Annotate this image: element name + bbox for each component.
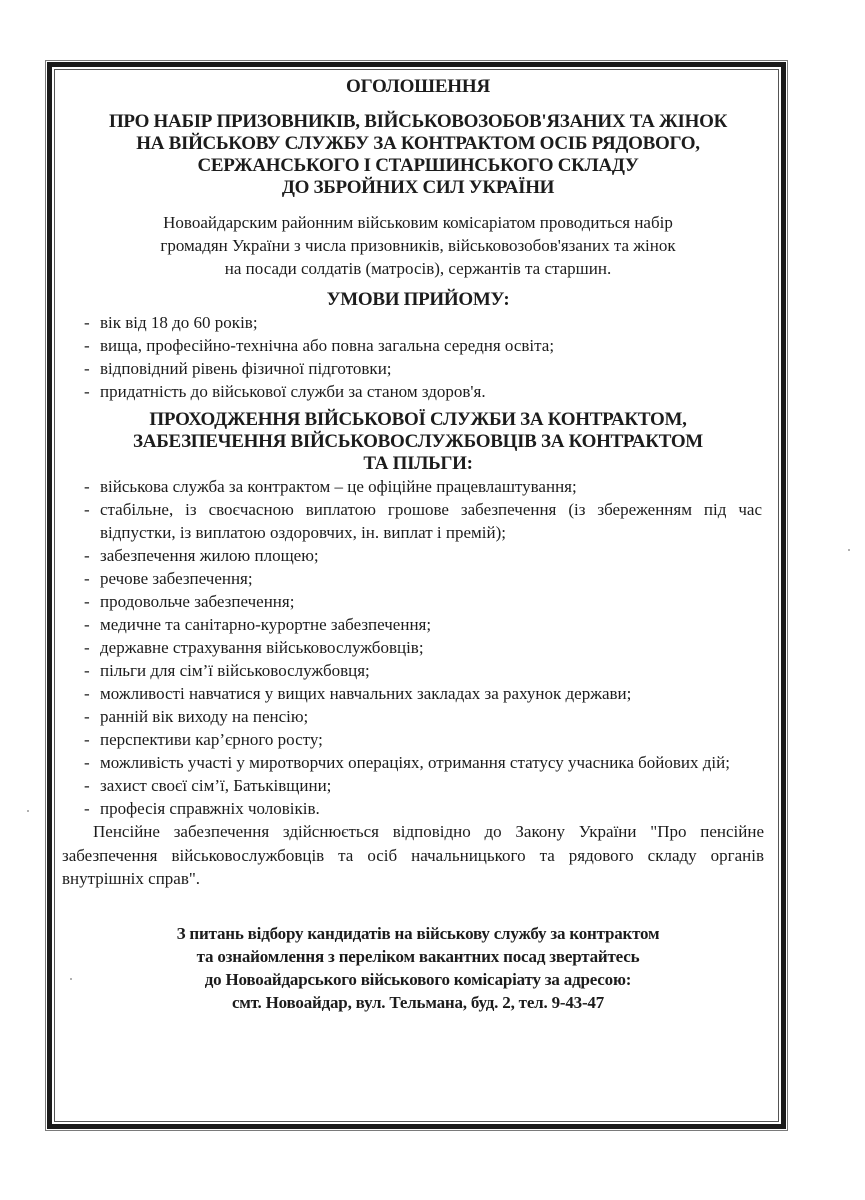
list-item-text: медичне та санітарно-курортне забезпечен… — [100, 615, 431, 634]
contact-line: З питань відбору кандидатів на військову… — [58, 922, 778, 945]
scan-speck — [27, 810, 29, 812]
list-item-text: захист своєї сім’ї, Батьківщини; — [100, 776, 331, 795]
contact-line: та ознайомлення з переліком вакантних по… — [58, 945, 778, 968]
list-marker: - — [84, 567, 90, 590]
document-subtitle: ПРО НАБІР ПРИЗОВНИКІВ, ВІЙСЬКОВОЗОБОВ'ЯЗ… — [58, 111, 778, 199]
benefit-item: -військова служба за контрактом – це офі… — [58, 475, 770, 498]
benefit-item: -можливості навчатися у вищих навчальних… — [58, 682, 770, 705]
condition-item: -вища, професійно-технічна або повна заг… — [58, 334, 778, 357]
benefit-item: -можливість участі у миротворчих операці… — [58, 751, 770, 774]
condition-item: -придатність до військової служби за ста… — [58, 380, 778, 403]
subtitle-line: СЕРЖАНСЬКОГО І СТАРШИНСЬКОГО СКЛАДУ — [58, 155, 778, 177]
list-marker: - — [84, 475, 90, 498]
intro-paragraph: Новоайдарским районним військовим коміса… — [58, 211, 778, 280]
list-marker: - — [84, 311, 90, 334]
benefit-item: -забезпечення жилою площею; — [58, 544, 770, 567]
list-item-text: вік від 18 до 60 років; — [100, 313, 258, 332]
benefit-item: -медичне та санітарно-курортне забезпече… — [58, 613, 770, 636]
benefit-item: -ранній вік виходу на пенсію; — [58, 705, 770, 728]
list-item-text: продовольче забезпечення; — [100, 592, 294, 611]
benefit-item: -державне страхування військовослужбовці… — [58, 636, 770, 659]
subtitle-line: ПРО НАБІР ПРИЗОВНИКІВ, ВІЙСЬКОВОЗОБОВ'ЯЗ… — [58, 111, 778, 133]
benefit-item: -речове забезпечення; — [58, 567, 770, 590]
list-marker: - — [84, 544, 90, 567]
benefit-item: -пільги для сім’ї військовослужбовця; — [58, 659, 770, 682]
list-item-text: можливості навчатися у вищих навчальних … — [100, 684, 631, 703]
list-marker: - — [84, 636, 90, 659]
condition-item: -вік від 18 до 60 років; — [58, 311, 778, 334]
benefits-heading: ПРОХОДЖЕННЯ ВІЙСЬКОВОЇ СЛУЖБИ ЗА КОНТРАК… — [58, 409, 778, 475]
list-item-text: пільги для сім’ї військовослужбовця; — [100, 661, 370, 680]
list-marker: - — [84, 334, 90, 357]
list-marker: - — [84, 728, 90, 751]
list-marker: - — [84, 774, 90, 797]
contact-address: смт. Новоайдар, вул. Тельмана, буд. 2, т… — [58, 991, 778, 1014]
list-item-text: речове забезпечення; — [100, 569, 253, 588]
benefits-heading-line: ПРОХОДЖЕННЯ ВІЙСЬКОВОЇ СЛУЖБИ ЗА КОНТРАК… — [58, 409, 778, 431]
list-marker: - — [84, 590, 90, 613]
pension-paragraph: Пенсійне забезпечення здійснюється відпо… — [58, 820, 778, 891]
subtitle-line: ДО ЗБРОЙНИХ СИЛ УКРАЇНИ — [58, 177, 778, 199]
conditions-list: -вік від 18 до 60 років;-вища, професійн… — [58, 311, 778, 403]
list-marker: - — [84, 498, 90, 521]
list-marker: - — [84, 613, 90, 636]
list-marker: - — [84, 751, 90, 774]
benefits-list: -військова служба за контрактом – це офі… — [58, 475, 778, 820]
intro-line: на посади солдатів (матросів), сержантів… — [58, 257, 778, 280]
benefit-item: -продовольче забезпечення; — [58, 590, 770, 613]
list-item-text: стабільне, із своєчасною виплатою грошов… — [100, 500, 762, 542]
subtitle-line: НА ВІЙСЬКОВУ СЛУЖБУ ЗА КОНТРАКТОМ ОСІБ Р… — [58, 133, 778, 155]
benefit-item: -захист своєї сім’ї, Батьківщини; — [58, 774, 770, 797]
condition-item: -відповідний рівень фізичної підготовки; — [58, 357, 778, 380]
benefits-heading-line: ТА ПІЛЬГИ: — [58, 453, 778, 475]
benefits-heading-line: ЗАБЕЗПЕЧЕННЯ ВІЙСЬКОВОСЛУЖБОВЦІВ ЗА КОНТ… — [58, 431, 778, 453]
list-item-text: професія справжніх чоловіків. — [100, 799, 320, 818]
list-item-text: придатність до військової служби за стан… — [100, 382, 486, 401]
intro-line: громадян України з числа призовників, ві… — [58, 234, 778, 257]
list-marker: - — [84, 380, 90, 403]
benefit-item: -стабільне, із своєчасною виплатою грошо… — [58, 498, 770, 544]
list-marker: - — [84, 705, 90, 728]
list-marker: - — [84, 357, 90, 380]
list-marker: - — [84, 682, 90, 705]
list-item-text: можливість участі у миротворчих операція… — [100, 753, 730, 772]
list-item-text: забезпечення жилою площею; — [100, 546, 319, 565]
conditions-heading: УМОВИ ПРИЙОМУ: — [58, 289, 778, 311]
list-marker: - — [84, 797, 90, 820]
list-item-text: відповідний рівень фізичної підготовки; — [100, 359, 392, 378]
benefit-item: -професія справжніх чоловіків. — [58, 797, 770, 820]
document-title: ОГОЛОШЕННЯ — [58, 76, 778, 98]
scan-speck — [848, 549, 850, 551]
announcement-content: ОГОЛОШЕННЯ ПРО НАБІР ПРИЗОВНИКІВ, ВІЙСЬК… — [58, 70, 778, 1014]
list-item-text: вища, професійно-технічна або повна зага… — [100, 336, 554, 355]
contact-info: З питань відбору кандидатів на військову… — [58, 922, 778, 1014]
list-item-text: перспективи кар’єрного росту; — [100, 730, 323, 749]
intro-line: Новоайдарским районним військовим коміса… — [58, 211, 778, 234]
contact-line: до Новоайдарського військового комісаріа… — [58, 968, 778, 991]
list-item-text: ранній вік виходу на пенсію; — [100, 707, 308, 726]
list-item-text: військова служба за контрактом – це офіц… — [100, 477, 577, 496]
benefit-item: -перспективи кар’єрного росту; — [58, 728, 770, 751]
list-marker: - — [84, 659, 90, 682]
list-item-text: державне страхування військовослужбовців… — [100, 638, 424, 657]
